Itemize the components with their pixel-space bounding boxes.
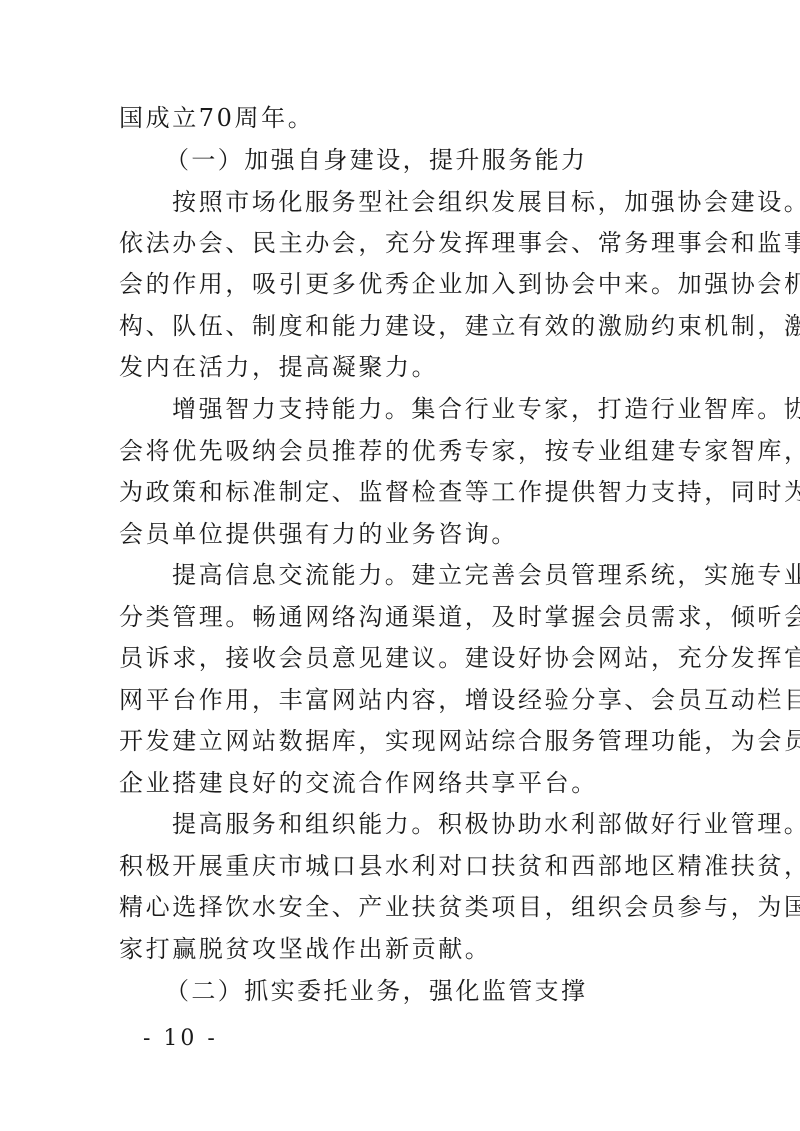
paragraph-4-line: 提高服务和组织能力。积极协助水利部做好行业管理。: [172, 809, 737, 839]
paragraph-1-line: 按照市场化服务型社会组织发展目标，加强协会建设。: [172, 187, 737, 217]
paragraph-2-line: 会将优先吸纳会员推荐的优秀专家，按专业组建专家智库，: [119, 436, 684, 466]
paragraph-3-line: 提高信息交流能力。建立完善会员管理系统，实施专业: [172, 560, 737, 590]
paragraph-3-line: 员诉求，接收会员意见建议。建设好协会网站，充分发挥官: [119, 643, 684, 673]
paragraph-1-line: 依法办会、民主办会，充分发挥理事会、常务理事会和监事: [119, 228, 684, 258]
document-page: 国成立70周年。 （一）加强自身建设，提升服务能力 按照市场化服务型社会组织发展…: [0, 0, 800, 1131]
paragraph-2-line: 为政策和标准制定、监督检查等工作提供智力支持，同时为: [119, 477, 684, 507]
paragraph-3-line: 开发建立网站数据库，实现网站综合服务管理功能，为会员: [119, 726, 684, 756]
paragraph-3-line: 企业搭建良好的交流合作网络共享平台。: [119, 768, 684, 798]
paragraph-4-line: 家打赢脱贫攻坚战作出新贡献。: [119, 934, 684, 964]
paragraph-1-line: 构、队伍、制度和能力建设，建立有效的激励约束机制，激: [119, 311, 684, 341]
paragraph-3-line: 分类管理。畅通网络沟通渠道，及时掌握会员需求，倾听会: [119, 602, 684, 632]
paragraph-2-line: 增强智力支持能力。集合行业专家，打造行业智库。协: [172, 394, 737, 424]
paragraph-4-line: 积极开展重庆市城口县水利对口扶贫和西部地区精准扶贫，: [119, 851, 684, 881]
paragraph-2-line: 会员单位提供强有力的业务咨询。: [119, 519, 684, 549]
paragraph-1-line: 会的作用，吸引更多优秀企业加入到协会中来。加强协会机: [119, 269, 684, 299]
paragraph-1-line: 发内在活力，提高凝聚力。: [119, 352, 684, 382]
section-heading-1: （一）加强自身建设，提升服务能力: [165, 145, 730, 175]
section-heading-2: （二）抓实委托业务，强化监管支撑: [165, 976, 730, 1006]
paragraph-4-line: 精心选择饮水安全、产业扶贫类项目，组织会员参与，为国: [119, 892, 684, 922]
body-line: 国成立70周年。: [119, 103, 684, 133]
page-number: - 10 -: [143, 1025, 218, 1053]
paragraph-3-line: 网平台作用，丰富网站内容，增设经验分享、会员互动栏目，: [119, 685, 684, 715]
